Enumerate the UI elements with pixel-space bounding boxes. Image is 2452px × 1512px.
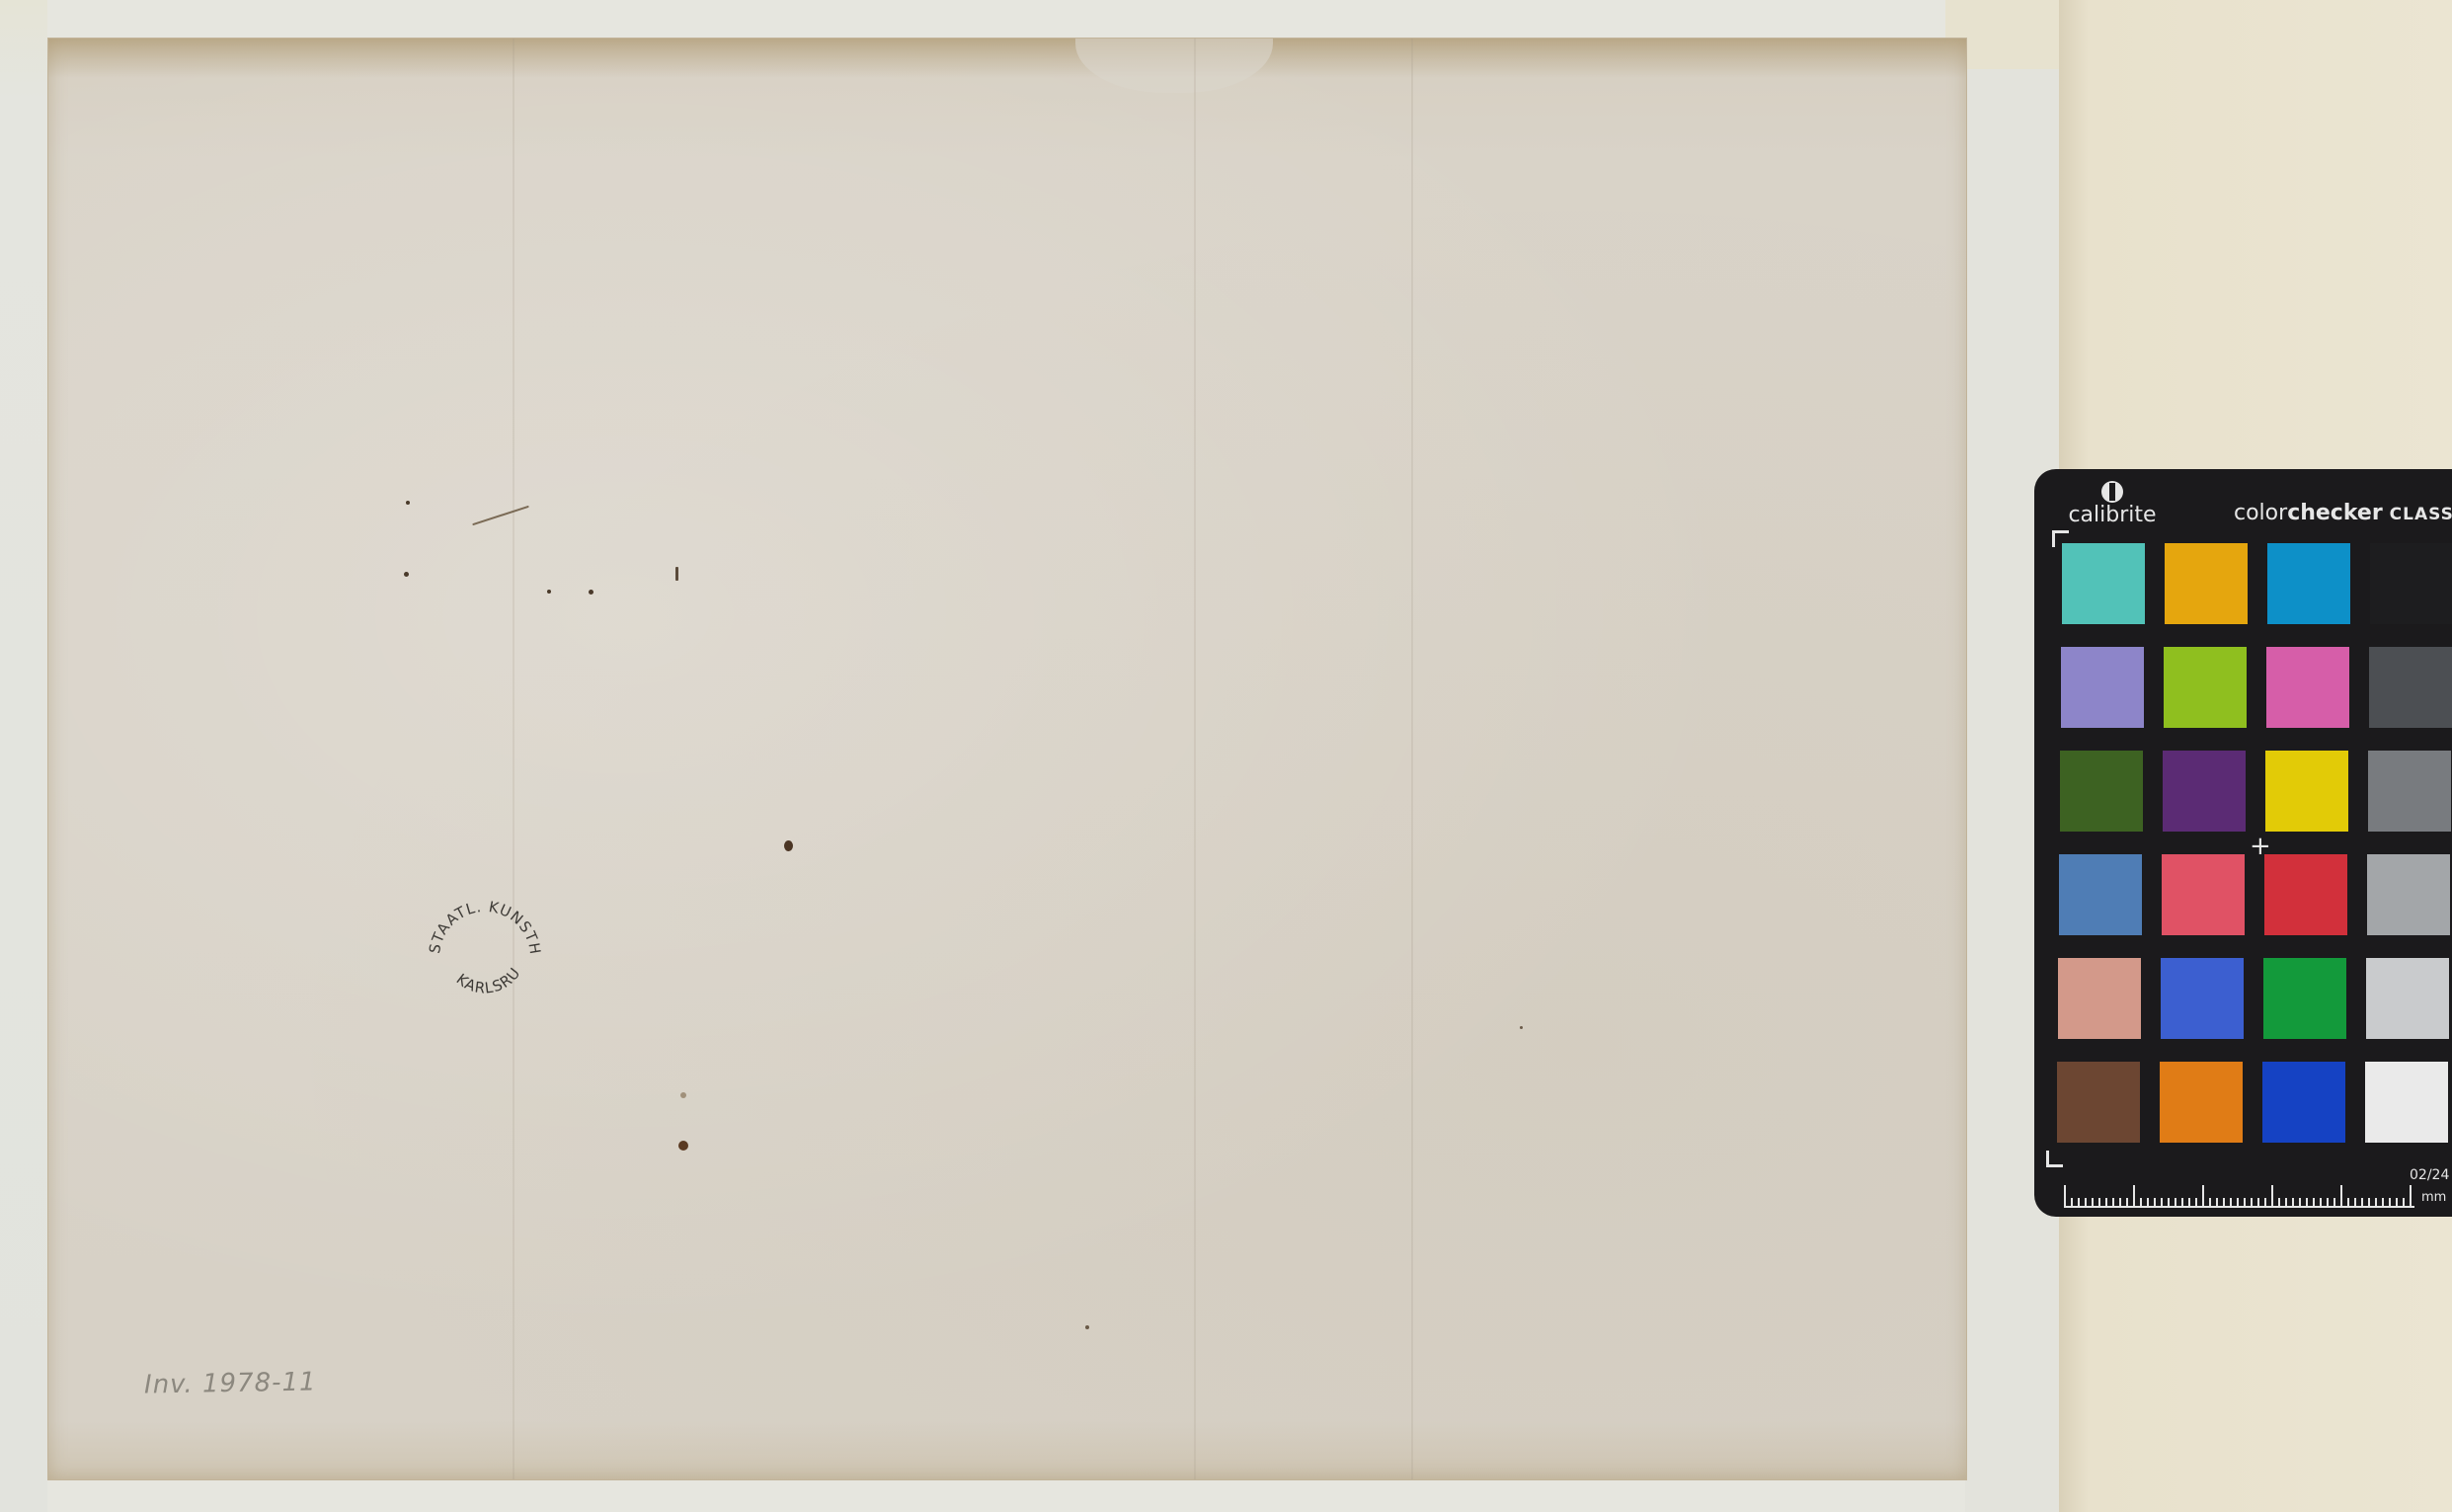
artwork-sheet-verso: STAATL. KUNSTHALLE KARLSRUHE Inv. 1978-1…	[47, 38, 1967, 1480]
color-patch	[2267, 543, 2350, 624]
product-title-light: color	[2234, 501, 2287, 525]
color-patch	[2367, 854, 2450, 935]
color-patch	[2262, 1062, 2345, 1143]
paper-mark	[675, 567, 678, 581]
color-patch	[2163, 751, 2246, 832]
crosshair-icon: +	[2250, 836, 2271, 856]
top-edge-stain	[48, 39, 1966, 78]
color-patch	[2161, 958, 2244, 1039]
product-title-suffix: CLASSIC	[2390, 505, 2452, 524]
product-title-bold: checker	[2287, 501, 2382, 525]
paper-speck	[406, 501, 410, 505]
collection-stamp: STAATL. KUNSTHALLE KARLSRUHE	[426, 892, 544, 1010]
paper-speck	[1085, 1325, 1089, 1329]
paper-crease	[1411, 39, 1413, 1479]
color-patch	[2058, 958, 2141, 1039]
color-patch	[2060, 751, 2143, 832]
mm-ruler-major-ticks	[2064, 1185, 2414, 1208]
paper-crease	[513, 39, 514, 1479]
color-patch	[2162, 854, 2245, 935]
color-patch	[2370, 543, 2452, 624]
registration-corner-icon	[2046, 1151, 2063, 1167]
product-title: colorchecker CLASSIC	[2234, 501, 2452, 525]
brand-name: calibrite	[2068, 503, 2157, 528]
inventory-number: Inv. 1978-11	[144, 1367, 317, 1399]
color-patch	[2057, 1062, 2140, 1143]
brand: calibrite	[2068, 481, 2157, 528]
color-patch	[2266, 647, 2349, 728]
color-patch	[2366, 958, 2449, 1039]
paper-speck	[1520, 1026, 1523, 1029]
paper-speck	[404, 572, 409, 577]
paper-speck	[680, 1092, 686, 1098]
color-checker-card: calibrite colorchecker CLASSIC + 02/24 m…	[2034, 469, 2452, 1217]
calibrite-logo-icon	[2101, 481, 2123, 503]
paper-spot	[678, 1141, 688, 1151]
color-patch	[2265, 751, 2348, 832]
paper-speck	[589, 590, 593, 595]
color-patch	[2368, 751, 2451, 832]
color-patch	[2061, 647, 2144, 728]
mount-left-margin	[0, 0, 47, 1512]
paper-speck	[547, 590, 551, 594]
stamp-ring: STAATL. KUNSTHALLE KARLSRUHE	[426, 892, 544, 1010]
color-patch	[2059, 854, 2142, 935]
paper-spot	[784, 840, 793, 851]
ruler-unit: mm	[2421, 1190, 2446, 1205]
color-patch	[2263, 958, 2346, 1039]
top-edge-tear	[1075, 39, 1273, 93]
card-id: 02/24	[2410, 1167, 2449, 1183]
stamp-top-text: STAATL. KUNSTHALLE	[426, 892, 544, 956]
color-patch	[2062, 543, 2145, 624]
color-patch	[2165, 543, 2248, 624]
color-patch	[2369, 647, 2452, 728]
paper-mark	[472, 506, 529, 525]
color-patch	[2160, 1062, 2243, 1143]
color-patch	[2365, 1062, 2448, 1143]
color-patch	[2164, 647, 2247, 728]
paper-crease	[1194, 39, 1196, 1479]
color-patch	[2264, 854, 2347, 935]
mm-ruler-baseline	[2064, 1206, 2414, 1208]
